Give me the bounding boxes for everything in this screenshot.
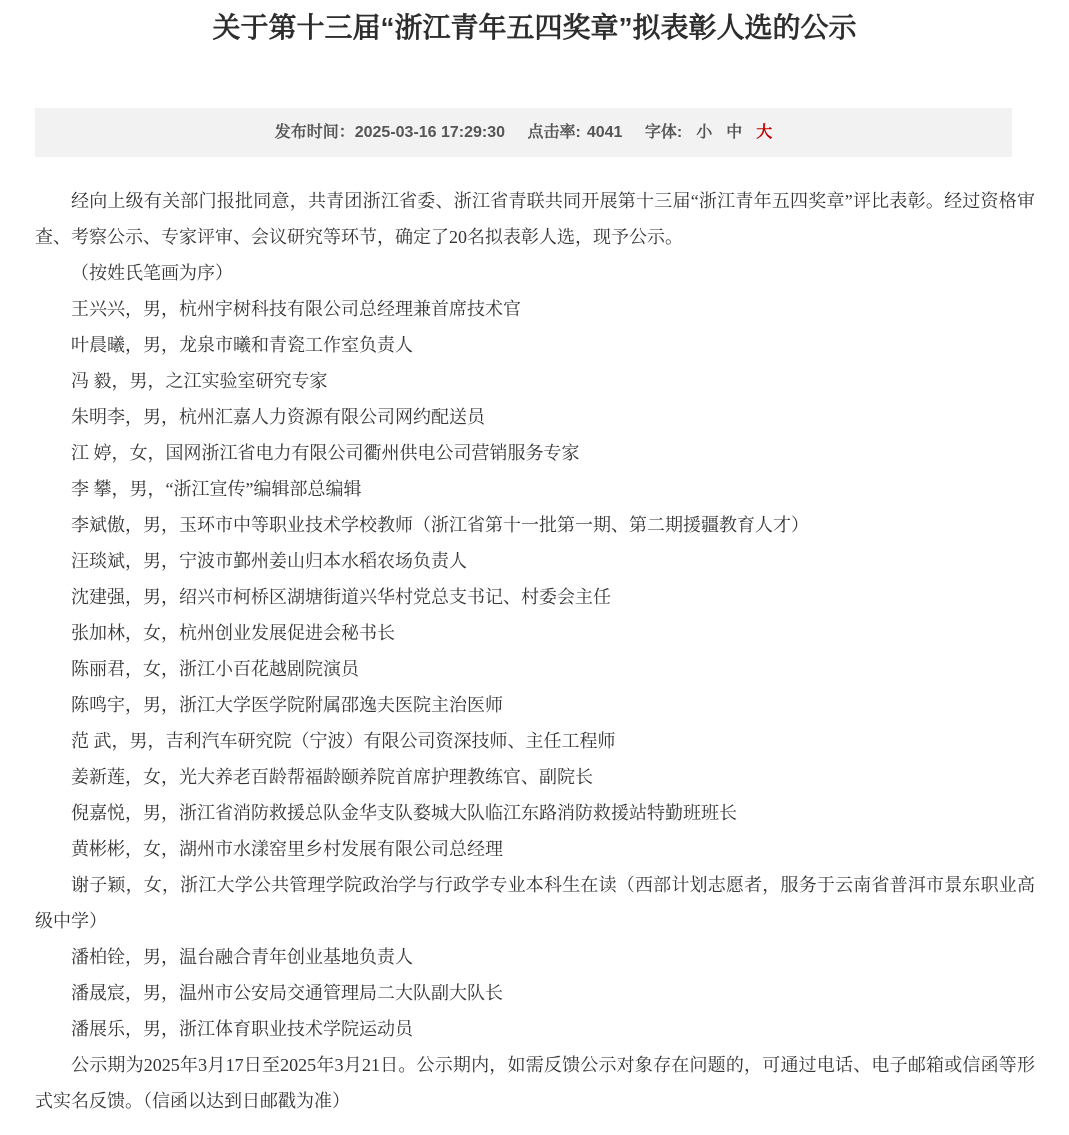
- honoree-item: 李斌傲，男，玉环市中等职业技术学校教师（浙江省第十一批第一期、第二期援疆教育人才…: [35, 507, 1035, 543]
- honoree-item: 谢子颖，女，浙江大学公共管理学院政治学与行政学专业本科生在读（西部计划志愿者，服…: [35, 867, 1035, 939]
- font-small-button[interactable]: 小: [696, 108, 712, 157]
- honoree-item: 黄彬彬，女，湖州市水漾窑里乡村发展有限公司总经理: [35, 831, 1035, 867]
- closing-paragraph: 公示期为2025年3月17日至2025年3月21日。公示期内，如需反馈公示对象存…: [35, 1047, 1035, 1119]
- meta-bar: 发布时间：2025-03-16 17:29:30 点击率:4041 字体:小中大: [35, 108, 1012, 157]
- font-large-button[interactable]: 大: [756, 108, 772, 157]
- honoree-item: 陈丽君，女，浙江小百花越剧院演员: [35, 651, 1035, 687]
- font-medium-button[interactable]: 中: [726, 108, 742, 157]
- honoree-item: 朱明李，男，杭州汇嘉人力资源有限公司网约配送员: [35, 399, 1035, 435]
- honoree-item: 沈建强，男，绍兴市柯桥区湖塘街道兴华村党总支书记、村委会主任: [35, 579, 1035, 615]
- sort-order-note: （按姓氏笔画为序）: [35, 255, 1035, 291]
- honoree-item: 倪嘉悦，男，浙江省消防救援总队金华支队婺城大队临江东路消防救援站特勤班班长: [35, 795, 1035, 831]
- honoree-item: 潘展乐，男，浙江体育职业技术学院运动员: [35, 1011, 1035, 1047]
- publish-time-value: 2025-03-16 17:29:30: [355, 108, 505, 157]
- honoree-item: 叶晨曦，男，龙泉市曦和青瓷工作室负责人: [35, 327, 1035, 363]
- honoree-item: 王兴兴，男，杭州宇树科技有限公司总经理兼首席技术官: [35, 291, 1035, 327]
- honoree-item: 张加林，女，杭州创业发展促进会秘书长: [35, 615, 1035, 651]
- honoree-item: 江 婷，女，国网浙江省电力有限公司衢州供电公司营销服务专家: [35, 435, 1035, 471]
- hit-count-label: 点击率:: [528, 108, 581, 157]
- intro-paragraph: 经向上级有关部门报批同意，共青团浙江省委、浙江省青联共同开展第十三届“浙江青年五…: [35, 183, 1035, 255]
- honoree-item: 李 攀，男，“浙江宣传”编辑部总编辑: [35, 471, 1035, 507]
- honoree-item: 陈鸣宇，男，浙江大学医学院附属邵逸夫医院主治医师: [35, 687, 1035, 723]
- honoree-item: 姜新莲，女，光大养老百龄帮福龄颐养院首席护理教练官、副院长: [35, 759, 1035, 795]
- honoree-item: 范 武，男，吉利汽车研究院（宁波）有限公司资深技师、主任工程师: [35, 723, 1035, 759]
- announcement-page: 关于第十三届“浙江青年五四奖章”拟表彰人选的公示 发布时间：2025-03-16…: [0, 0, 1069, 1135]
- article-body: 经向上级有关部门报批同意，共青团浙江省委、浙江省青联共同开展第十三届“浙江青年五…: [35, 183, 1035, 1119]
- honoree-item: 潘晟宸，男，温州市公安局交通管理局二大队副大队长: [35, 975, 1035, 1011]
- publish-time-label: 发布时间：: [275, 108, 355, 157]
- font-size-label: 字体:: [645, 108, 682, 157]
- hit-count-value: 4041: [587, 108, 623, 157]
- page-title: 关于第十三届“浙江青年五四奖章”拟表彰人选的公示: [0, 0, 1069, 46]
- honoree-item: 冯 毅，男，之江实验室研究专家: [35, 363, 1035, 399]
- honoree-item: 汪琰斌，男，宁波市鄞州姜山归本水稻农场负责人: [35, 543, 1035, 579]
- honoree-item: 潘柏铨，男，温台融合青年创业基地负责人: [35, 939, 1035, 975]
